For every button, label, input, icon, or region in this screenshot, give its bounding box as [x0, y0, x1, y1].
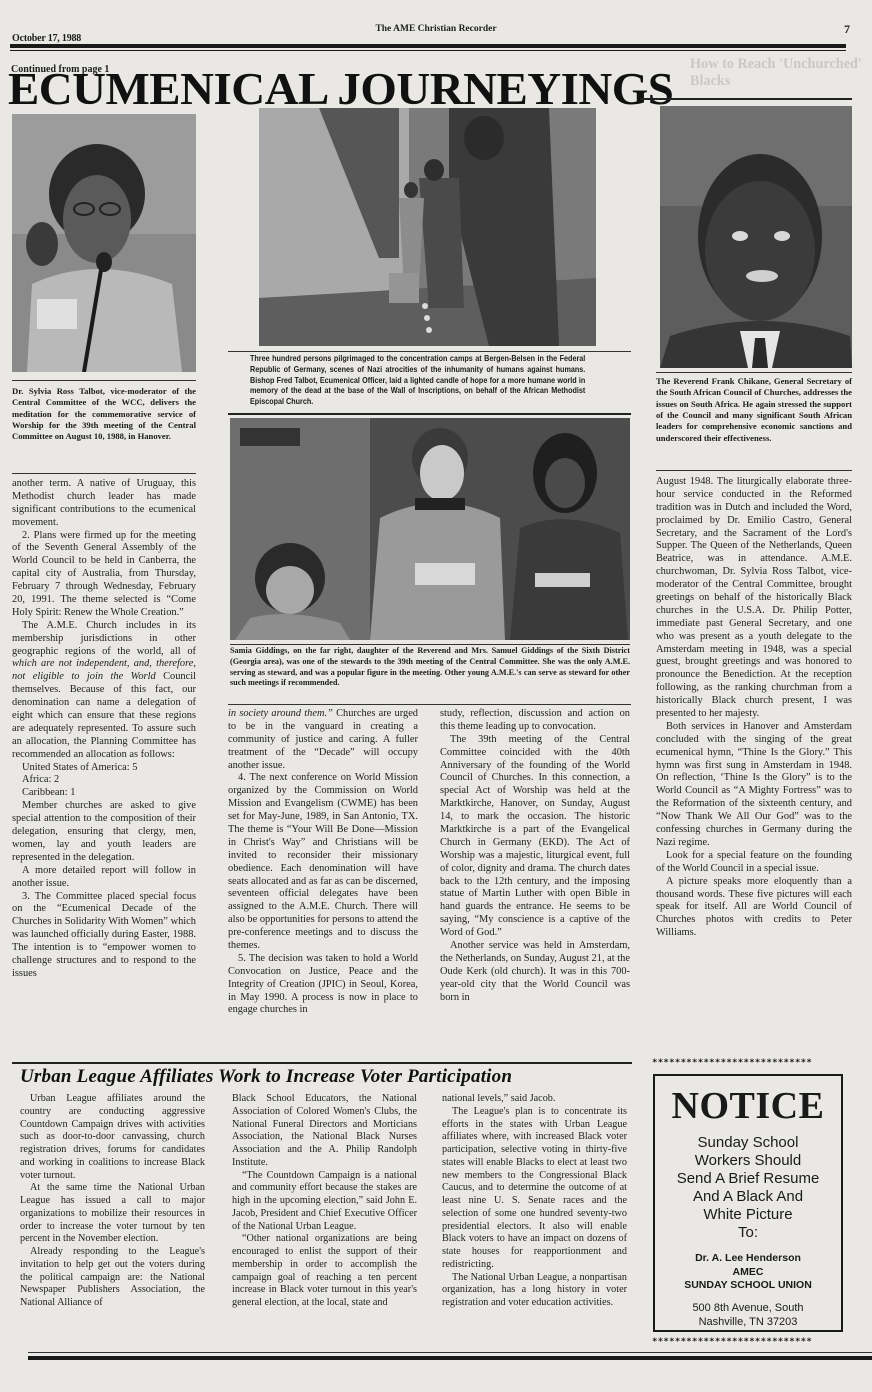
page-number: 7	[844, 22, 850, 37]
caption-chikane: The Reverend Frank Chikane, General Secr…	[656, 376, 852, 444]
notice-box: NOTICE Sunday School Workers Should Send…	[653, 1074, 843, 1332]
paragraph: Another service was held in Amsterdam, t…	[440, 940, 630, 1004]
paragraph: Look for a special feature on the foundi…	[656, 850, 852, 876]
article-column-3: study, reflection, discussion and action…	[440, 708, 630, 1004]
allocation-item: United States of America: 5	[12, 762, 196, 775]
masthead-rule-thin	[10, 50, 846, 51]
column-rule	[12, 473, 196, 474]
paragraph: in society around them.” Churches are ur…	[228, 708, 418, 772]
article-column-1: another term. A native of Uruguay, this …	[12, 478, 196, 981]
notice-recipient: Dr. A. Lee Henderson AMEC SUNDAY SCHOOL …	[655, 1252, 841, 1293]
paragraph: study, reflection, discussion and action…	[440, 708, 630, 734]
paragraph: 5. The decision was taken to hold a Worl…	[228, 953, 418, 1017]
masthead-rule	[10, 44, 846, 48]
article-column-4: August 1948. The liturgically elaborate …	[656, 476, 852, 940]
article-column-2: in society around them.” Churches are ur…	[228, 708, 418, 1017]
notice-address: 500 8th Avenue, South Nashville, TN 3720…	[655, 1301, 841, 1330]
caption-talbot: Dr. Sylvia Ross Talbot, vice-moderator o…	[12, 386, 196, 443]
article-end-rule	[12, 1062, 632, 1064]
bleed-through-text: How to Reach 'Unchurched' Blacks	[690, 56, 863, 90]
caption-rule	[12, 380, 196, 381]
headline-rule	[640, 98, 852, 100]
photo-giddings-image	[230, 418, 630, 640]
photo-chikane-image	[660, 106, 852, 368]
notice-body: Sunday School Workers Should Send A Brie…	[655, 1134, 841, 1242]
page-bottom-rule-thin	[28, 1352, 872, 1353]
paragraph: “The Countdown Campaign is a national an…	[232, 1170, 417, 1234]
paragraph: At the same time the National Urban Leag…	[20, 1182, 205, 1246]
headline: ECUMENICAL JOURNEYINGS	[8, 66, 673, 112]
urban-league-headline: Urban League Affiliates Work to Increase…	[20, 1066, 512, 1088]
caption-rule	[656, 470, 852, 471]
allocation-item: Africa: 2	[12, 774, 196, 787]
paragraph: The League's plan is to concentrate its …	[442, 1106, 627, 1272]
photo-giddings	[230, 418, 630, 640]
paragraph: national levels,” said Jacob.	[442, 1093, 627, 1106]
paragraph: The 39th meeting of the Central Committe…	[440, 734, 630, 940]
paragraph: Black School Educators, the National Ass…	[232, 1093, 417, 1170]
paragraph: The A.M.E. Church includes in its member…	[12, 620, 196, 762]
paragraph: Urban League affiliates around the count…	[20, 1093, 205, 1182]
photo-talbot-image	[12, 114, 196, 372]
paragraph: Both services in Hanover and Amsterdam c…	[656, 721, 852, 850]
caption-rule	[230, 644, 630, 645]
urban-league-column-1: Urban League affiliates around the count…	[20, 1093, 205, 1310]
urban-league-column-2: Black School Educators, the National Ass…	[232, 1093, 417, 1310]
paragraph: Already responding to the League's invit…	[20, 1246, 205, 1310]
paragraph: 3. The Committee placed special focus on…	[12, 891, 196, 981]
photo-chikane	[660, 106, 852, 368]
caption-bergen-belsen: Three hundred persons pilgrimaged to the…	[250, 354, 585, 408]
paragraph: 4. The next conference on World Mission …	[228, 772, 418, 952]
page-bottom-rule	[28, 1356, 872, 1360]
photo-bergen-belsen-image	[259, 108, 596, 346]
allocation-item: Caribbean: 1	[12, 787, 196, 800]
caption-giddings: Samia Giddings, on the far right, daught…	[230, 646, 630, 689]
caption-rule	[656, 372, 852, 373]
urban-league-column-3: national levels,” said Jacob. The League…	[442, 1093, 627, 1310]
paragraph: another term. A native of Uruguay, this …	[12, 478, 196, 530]
photo-bergen-belsen	[259, 108, 596, 346]
notice-stars-top: ****************************	[652, 1058, 846, 1068]
paragraph: A more detailed report will follow in an…	[12, 865, 196, 891]
paragraph: “Other national organizations are being …	[232, 1233, 417, 1310]
paragraph: Member churches are asked to give specia…	[12, 800, 196, 864]
issue-date: October 17, 1988	[12, 33, 81, 44]
caption-rule	[228, 704, 631, 705]
paragraph: A picture speaks more eloquently than a …	[656, 876, 852, 940]
caption-rule	[228, 351, 631, 352]
photo-talbot	[12, 114, 196, 372]
caption-rule	[228, 413, 631, 415]
paragraph: The National Urban League, a nonpartisan…	[442, 1272, 627, 1310]
notice-title: NOTICE	[655, 1084, 841, 1128]
paragraph: August 1948. The liturgically elaborate …	[656, 476, 852, 721]
publication-name: The AME Christian Recorder	[0, 24, 872, 34]
paragraph: 2. Plans were firmed up for the meeting …	[12, 530, 196, 620]
notice-stars-bottom: ****************************	[652, 1337, 846, 1347]
